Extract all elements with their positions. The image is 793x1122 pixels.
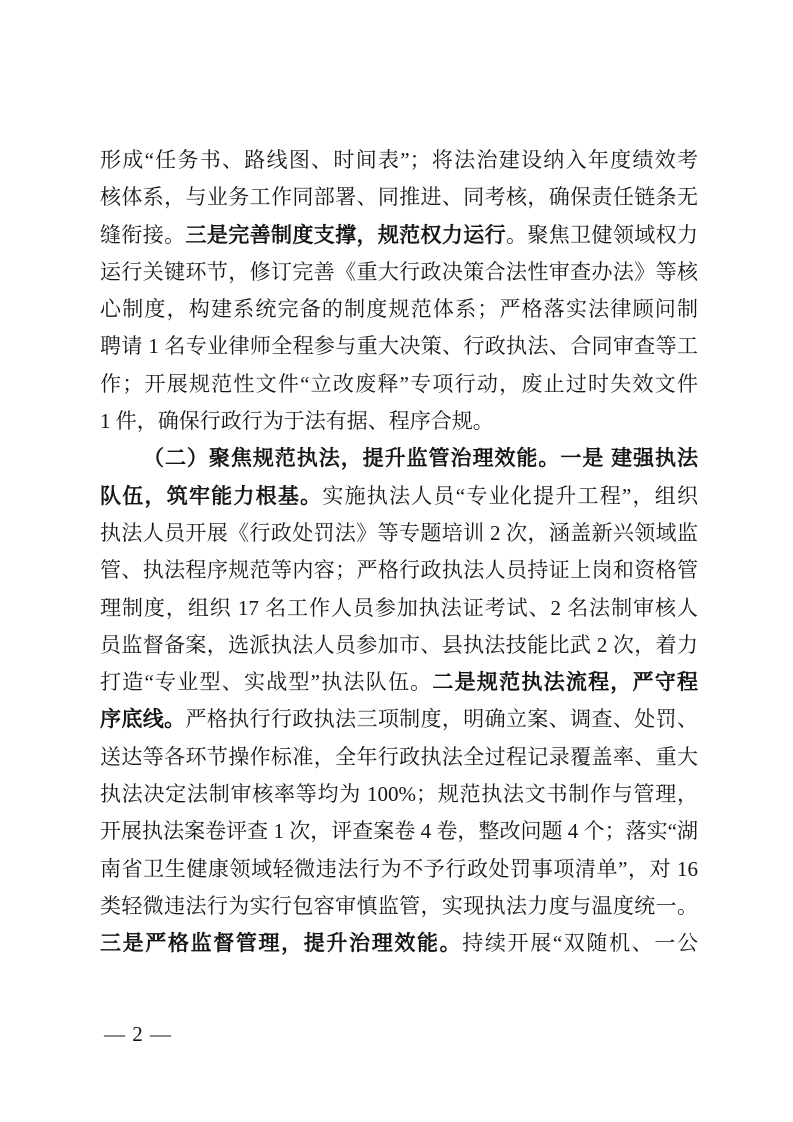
document-page: 形成“任务书、路线图、时间表”；将法治建设纳入年度绩效考核体系，与业务工作同部署… [0,0,793,1122]
bold-text-segment: 三是完善制度支撑，规范权力运行 [185,224,506,247]
text-line: 形成“任务书、路线图、时间表”；将法治建设纳入年度绩效考 [100,142,698,179]
text-line: 类轻微违法行为实行包容审慎监管，实现执法力度与温度统一。 [100,888,698,925]
text-line: 作；开展规范性文件“立改废释”专项行动，废止过时失效文件 [100,366,698,403]
text-segment: 作；开展规范性文件“立改废释”专项行动，废止过时失效文件 [100,372,698,396]
text-segment: 缝衔接。 [100,223,185,247]
text-line: 缝衔接。三是完善制度支撑，规范权力运行。聚焦卫健领域权力 [100,217,698,254]
text-line: 送达等各环节操作标准，全年行政执法全过程记录覆盖率、重大 [100,739,698,776]
bold-text-segment: 二是规范执法流程，严守程 [432,671,698,694]
text-segment: 理制度，组织 17 名工作人员参加执法证考试、2 名法制审核人 [100,596,698,620]
text-segment: 管、执法程序规范等内容；严格行政执法人员持证上岗和资格管 [100,558,698,582]
text-line: 队伍，筑牢能力根基。实施执法人员“专业化提升工程”，组织 [100,478,698,515]
text-line: 打造“专业型、实战型”执法队伍。二是规范执法流程，严守程 [100,664,698,701]
text-segment: 。聚焦卫健领域权力 [506,223,698,247]
text-line: 三是严格监督管理，提升治理效能。持续开展“双随机、一公开”、 [100,925,698,962]
bold-text-segment: 序底线。 [100,708,185,731]
text-line: 员监督备案，选派执法人员参加市、县执法技能比武 2 次，着力 [100,627,698,664]
text-segment: 送达等各环节操作标准，全年行政执法全过程记录覆盖率、重大 [100,745,698,769]
text-line: 心制度，构建系统完备的制度规范体系；严格落实法律顾问制度， [100,291,698,328]
text-line: 理制度，组织 17 名工作人员参加执法证考试、2 名法制审核人 [100,590,698,627]
text-segment: 严格执行行政执法三项制度，明确立案、调查、处罚、 [185,707,698,731]
text-segment: 核体系，与业务工作同部署、同推进、同考核，确保责任链条无 [100,185,698,209]
bold-text-segment: （二）聚焦规范执法，提升监管治理效能。一是 建强执法 [143,447,698,470]
text-segment: 开展执法案卷评查 1 次，评查案卷 4 卷，整改问题 4 个；落实“湖 [100,819,698,843]
text-segment: 1 件，确保行政行为于法有据、程序合规。 [100,409,494,433]
text-line: （二）聚焦规范执法，提升监管治理效能。一是 建强执法 [100,440,698,477]
text-segment: 类轻微违法行为实行包容审慎监管，实现执法力度与温度统一。 [100,894,698,918]
text-line: 执法决定法制审核率等均为 100%；规范执法文书制作与管理， [100,776,698,813]
text-segment: 形成“任务书、路线图、时间表”；将法治建设纳入年度绩效考 [100,148,698,172]
text-line: 管、执法程序规范等内容；严格行政执法人员持证上岗和资格管 [100,552,698,589]
text-line: 1 件，确保行政行为于法有据、程序合规。 [100,403,698,440]
text-line: 核体系，与业务工作同部署、同推进、同考核，确保责任链条无 [100,179,698,216]
text-line: 聘请 1 名专业律师全程参与重大决策、行政执法、合同审查等工 [100,328,698,365]
text-segment: 运行关键环节，修订完善《重大行政决策合法性审查办法》等核 [100,260,698,284]
text-segment: 南省卫生健康领域轻微违法行为不予行政处罚事项清单”，对 16 [100,857,698,881]
text-segment: 执法决定法制审核率等均为 100%；规范执法文书制作与管理， [100,782,698,806]
text-segment: 心制度，构建系统完备的制度规范体系；严格落实法律顾问制度， [100,297,698,328]
document-body: 形成“任务书、路线图、时间表”；将法治建设纳入年度绩效考核体系，与业务工作同部署… [100,142,698,963]
text-segment: 员监督备案，选派执法人员参加市、县执法技能比武 2 次，着力 [100,633,698,657]
text-segment: 打造“专业型、实战型”执法队伍。 [100,670,432,694]
bold-text-segment: 队伍，筑牢能力根基。 [100,485,322,508]
text-segment: 聘请 1 名专业律师全程参与重大决策、行政执法、合同审查等工 [100,334,698,358]
text-line: 执法人员开展《行政处罚法》等专题培训 2 次，涵盖新兴领域监 [100,515,698,552]
text-segment: 实施执法人员“专业化提升工程”，组织 [322,484,698,508]
text-segment: 执法人员开展《行政处罚法》等专题培训 2 次，涵盖新兴领域监 [100,521,698,545]
text-line: 开展执法案卷评查 1 次，评查案卷 4 卷，整改问题 4 个；落实“湖 [100,813,698,850]
text-line: 运行关键环节，修订完善《重大行政决策合法性审查办法》等核 [100,254,698,291]
page-number: — 2 — [104,1022,172,1046]
bold-text-segment: 三是严格监督管理，提升治理效能。 [100,932,462,955]
text-line: 南省卫生健康领域轻微违法行为不予行政处罚事项清单”，对 16 [100,851,698,888]
text-line: 序底线。严格执行行政执法三项制度，明确立案、调查、处罚、 [100,701,698,738]
